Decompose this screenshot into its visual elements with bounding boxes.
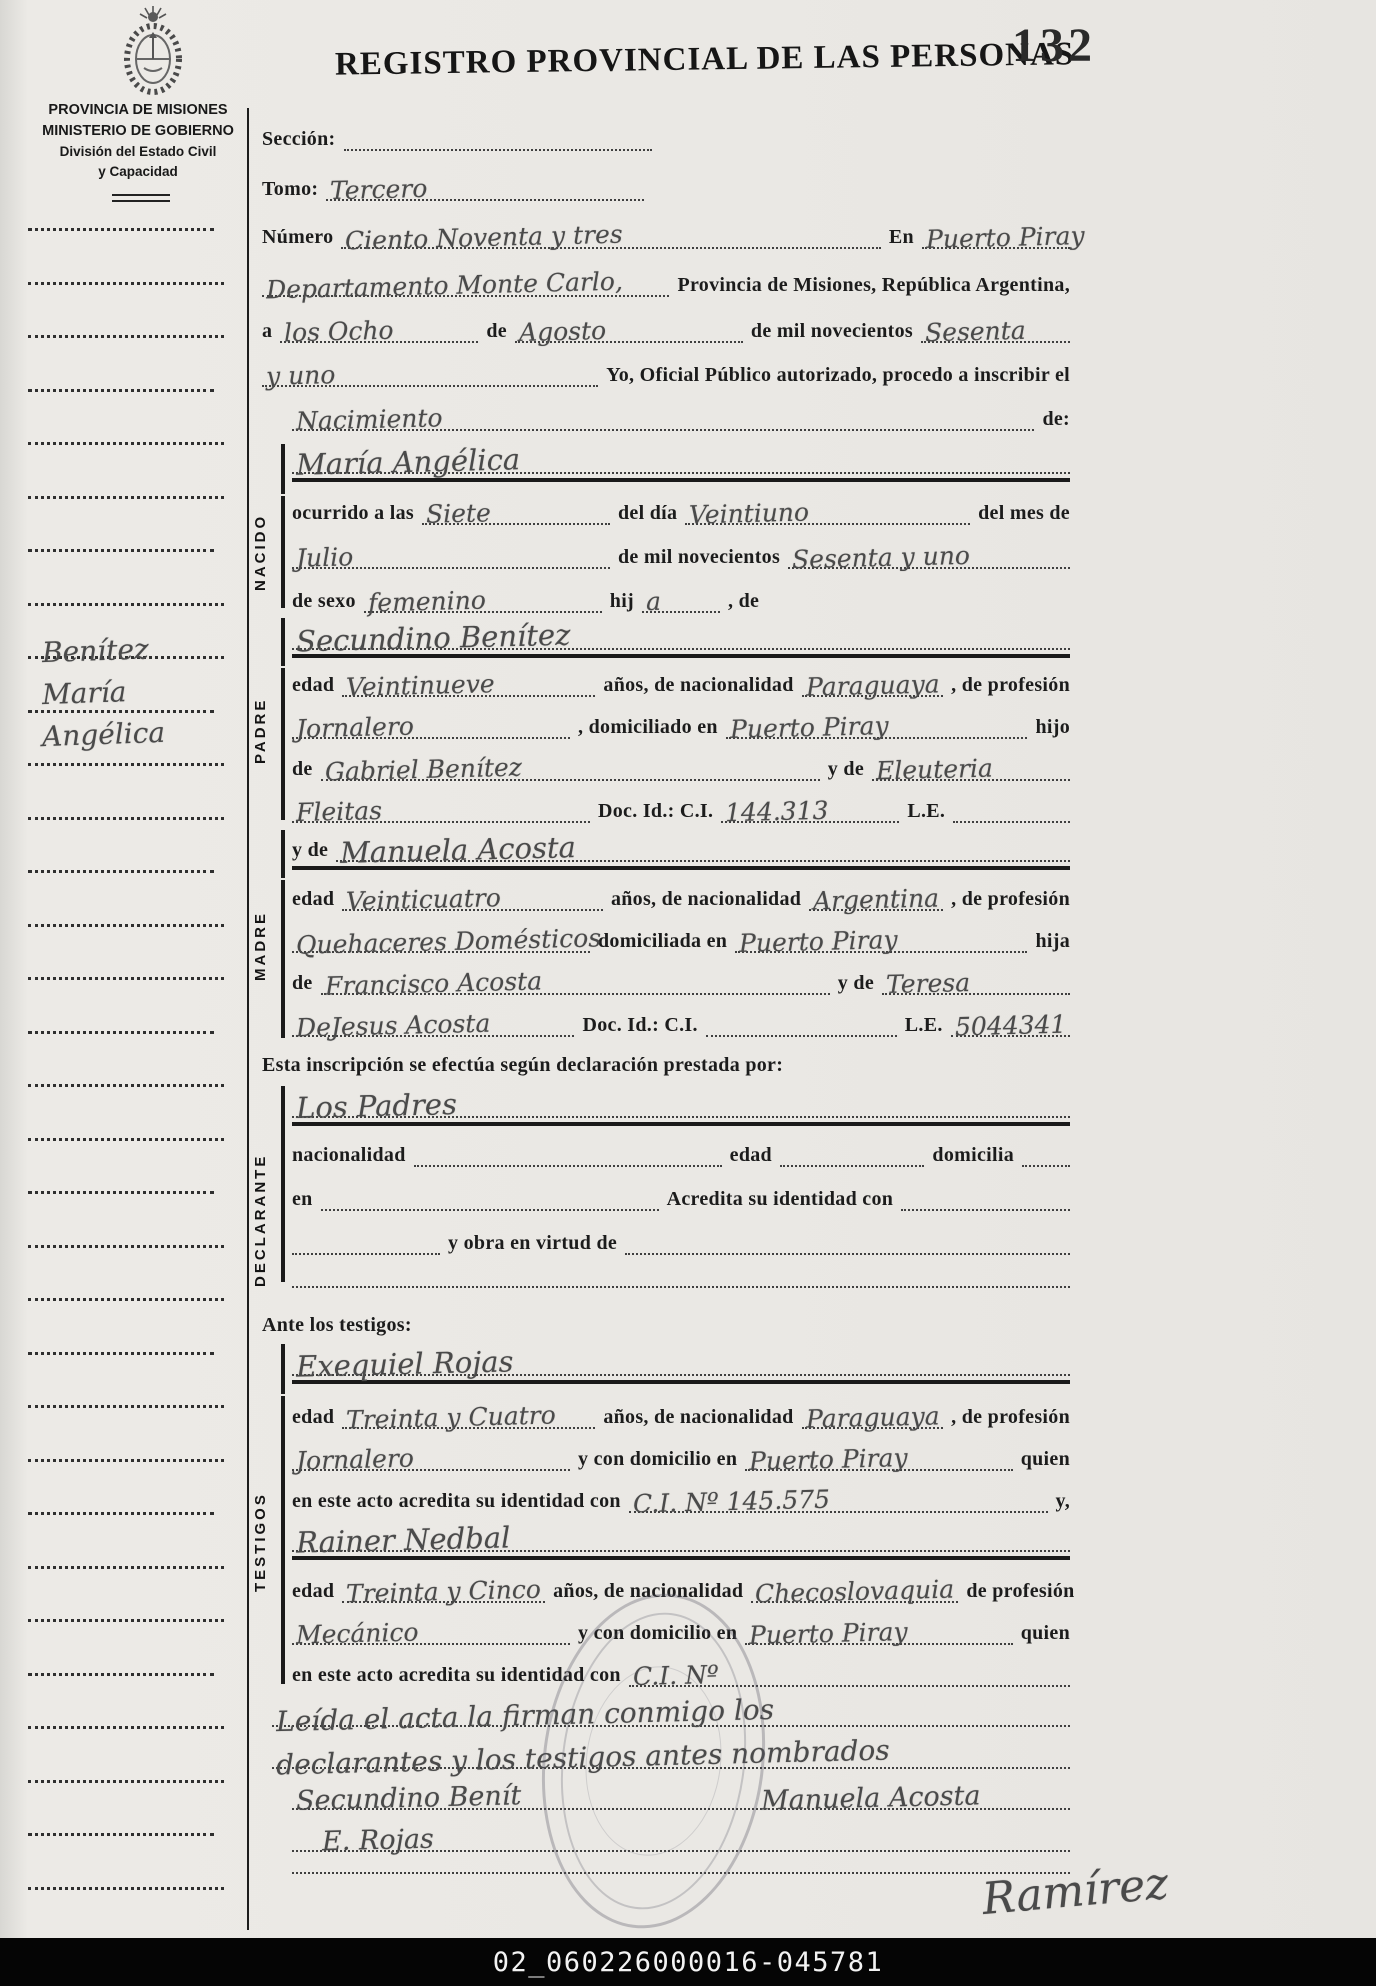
acto-value: Nacimiento [296, 407, 443, 433]
declarante-domicilia-label: domicilia [932, 1144, 1014, 1167]
hij-de-label: , de [728, 590, 759, 613]
testigo1-edad-label: edad [292, 1406, 334, 1429]
abuela-paterna-apellido: Fleitas [296, 800, 382, 825]
declarante-domicilia-field [1022, 1159, 1070, 1167]
anio2-row: y uno Yo, Oficial Público autorizado, pr… [262, 362, 1070, 387]
declarante-row3: y obra en virtud de [292, 1232, 1070, 1255]
margin-dotted-line [28, 1138, 224, 1141]
provincia-label: Provincia de Misiones, República Argenti… [677, 274, 1070, 297]
testigo2-edad-value: Treinta y Cinco [346, 1579, 541, 1606]
testigo2-nombre-field: Rainer Nedbal [292, 1524, 1070, 1552]
anio-value: Sesenta [925, 320, 1026, 345]
testigo2-profesion-field: Mecánico [292, 1620, 570, 1645]
hij-label: hij [610, 590, 634, 613]
scanned-birth-certificate: REGISTRO PROVINCIAL DE LAS PERSONAS 132 … [0, 0, 1376, 1986]
declarante-extra-field [292, 1280, 1070, 1288]
testigo2-domicilio-field: Puerto Piray [745, 1620, 1012, 1645]
nacido-mes-row: Julio de mil novecientos Sesenta y uno [292, 544, 1070, 569]
tomo-row: Tomo: Tercero [262, 176, 1070, 201]
testigo1-edad-field: Treinta y Cuatro [342, 1404, 595, 1429]
testigo2-edad-label: edad [292, 1580, 334, 1603]
testigo1-domicilio-label: y con domicilio en [578, 1448, 737, 1471]
padre-nacionalidad-value: Paraguaya [805, 673, 939, 699]
lugar-value: Puerto Piray [926, 225, 1085, 251]
section-bar [281, 668, 285, 820]
section-label-madre: MADRE [252, 884, 269, 1008]
testigo1-nombre: Exequiel Rojas [296, 1348, 514, 1379]
margin-note-surname: Benítez [42, 636, 166, 665]
testigo1-doc-field: C.I. Nº 145.575 [629, 1488, 1048, 1513]
sexo-field: femenino [364, 588, 602, 613]
declarante-virtud-pre-field [292, 1247, 440, 1255]
a-label: a [262, 320, 272, 343]
signature-padre: Secundino Benít [296, 1784, 522, 1814]
testigo1-y-label: y, [1056, 1490, 1071, 1513]
margin-dotted-line [28, 817, 224, 820]
del-mes-label: del mes de [978, 502, 1070, 525]
tomo-label: Tomo: [262, 178, 318, 201]
padre-nacionalidad-field: Paraguaya [802, 672, 944, 697]
padre-profesion-value: Jornalero [296, 716, 414, 741]
section-bar [281, 880, 285, 1038]
issuing-authority: PROVINCIA DE MISIONES MINISTERIO DE GOBI… [38, 100, 238, 181]
testigo1-anios-label: años, de nacionalidad [603, 1406, 793, 1429]
padre-domicilio-label: , domiciliado en [578, 716, 718, 739]
testigo1-edad-value: Treinta y Cuatro [346, 1404, 556, 1432]
anio2-field: y uno [262, 362, 598, 387]
testigo1-profesion-value: Jornalero [296, 1448, 414, 1473]
abuela-paterna-value: Eleuteria [876, 758, 993, 783]
madre-profesion-field: Quehaceres Domésticos [292, 928, 590, 953]
madre-ci-field [706, 1029, 897, 1037]
mes-field: Agosto [515, 318, 743, 343]
madre-nacionalidad-value: Argentina [813, 887, 939, 913]
madre-profesion-row: Quehaceres Domésticos domiciliada en Pue… [292, 928, 1070, 953]
abuela-materna-apellido: DeJesus Acosta [296, 1013, 491, 1040]
authority-line: y Capacidad [38, 162, 238, 182]
authority-underline [112, 194, 170, 202]
hija-label: hija [1035, 930, 1070, 953]
numero-value: Ciento Noventa y tres [345, 224, 623, 253]
testigo1-doc-row: en este acto acredita su identidad con C… [292, 1488, 1070, 1513]
margin-dotted-line [28, 977, 224, 980]
madre-de-label: de [292, 972, 313, 995]
declarante-acredita-field [901, 1203, 1070, 1211]
madre-doc-label: Doc. Id.: C.I. [582, 1014, 697, 1037]
margin-dotted-line [28, 1191, 214, 1194]
margin-dotted-line [28, 1405, 224, 1408]
testigo1-domicilio-value: Puerto Piray [749, 1447, 908, 1473]
padre-ci-field: 144.313 [721, 798, 899, 823]
padre-doc-label: Doc. Id.: C.I. [598, 800, 713, 823]
hij-value: a [646, 591, 661, 614]
margin-dotted-line [28, 496, 224, 499]
margin-dotted-line [28, 1833, 214, 1836]
testigo1-quien-label: quien [1021, 1448, 1070, 1471]
hijo-label: hijo [1035, 716, 1070, 739]
anio2-value: y uno [266, 364, 336, 388]
hora-field: Siete [422, 500, 610, 525]
testigo1-profesion-row: Jornalero y con domicilio en Puerto Pira… [292, 1446, 1070, 1471]
inscripto-nombre: María Angélica [296, 446, 521, 478]
tomo-value: Tercero [330, 178, 428, 203]
margin-note: Benítez María Angélica [42, 638, 165, 765]
padre-edad-label: edad [292, 674, 334, 697]
madre-profesion-value: Quehaceres Domésticos [296, 927, 602, 957]
madre-nacionalidad-field: Argentina [809, 886, 943, 911]
anio-nac-field: Sesenta y uno [788, 544, 1070, 569]
margin-note-name2: Angélica [42, 720, 166, 749]
lugar-field: Puerto Piray [922, 224, 1070, 249]
madre-edad-field: Veinticuatro [342, 886, 603, 911]
testigo2-nacionalidad-value: Checoslovaquia [755, 1579, 954, 1606]
margin-dotted-line [28, 1726, 224, 1729]
anio-nac-value: Sesenta y uno [792, 545, 970, 572]
padre-edad-value: Veintinueve [346, 673, 495, 699]
declarante-valor-field: Los Padres [292, 1090, 1070, 1118]
testigo2-edad-field: Treinta y Cinco [342, 1578, 545, 1603]
madre-doc-row: DeJesus Acosta Doc. Id.: C.I. L.E. 50443… [292, 1012, 1070, 1037]
archive-code: 02_060226000016-045781 [493, 1947, 884, 1978]
madre-nombre-row: y de Manuela Acosta [292, 834, 1070, 870]
padre-ci-value: 144.313 [725, 800, 829, 825]
padre-profesion-row: Jornalero , domiciliado en Puerto Piray … [292, 714, 1070, 739]
margin-dotted-line [28, 549, 214, 552]
madre-le-field: 5044341 [951, 1012, 1070, 1037]
testigo1-profesion-label: , de profesión [951, 1406, 1070, 1429]
seccion-label: Sección: [262, 128, 336, 151]
testigos-intro-label: Ante los testigos: [262, 1314, 412, 1337]
declarante-nacionalidad-label: nacionalidad [292, 1144, 406, 1167]
numero-label: Número [262, 226, 333, 249]
margin-dotted-line [28, 1780, 224, 1783]
testigo1-nacionalidad-field: Paraguaya [802, 1404, 944, 1429]
dia-field: los Ocho [280, 318, 478, 343]
section-bar [281, 444, 285, 494]
section-bar [281, 1344, 285, 1394]
section-bar [281, 1086, 285, 1134]
padre-domicilio-field: Puerto Piray [726, 714, 1028, 739]
abuelo-materno-value: Francisco Acosta [324, 970, 542, 998]
testigo1-edad-row: edad Treinta y Cuatro años, de nacionali… [292, 1404, 1070, 1429]
en-label: En [889, 226, 914, 249]
anio-field: Sesenta [921, 318, 1070, 343]
abuela-materna-apellido-field: DeJesus Acosta [292, 1012, 574, 1037]
sexo-value: femenino [368, 590, 486, 615]
madre-domicilio-field: Puerto Piray [735, 928, 1027, 953]
madre-anios-label: años, de nacionalidad [611, 888, 801, 911]
margin-dotted-line [28, 924, 224, 927]
testigo1-profesion-field: Jornalero [292, 1446, 570, 1471]
margin-note-lines [28, 228, 228, 1940]
testigo2-nombre-row: Rainer Nedbal [292, 1524, 1070, 1560]
padre-domicilio-value: Puerto Piray [730, 715, 889, 741]
madre-edad-label: edad [292, 888, 334, 911]
acto-row: Nacimiento de: [292, 406, 1070, 431]
margin-dotted-line [28, 282, 224, 285]
novecientos-label: de mil novecientos [751, 320, 913, 343]
inscripto-nombre-field: María Angélica [292, 446, 1070, 474]
page-number: 132 [1012, 18, 1096, 73]
signature-madre: Manuela Acosta [760, 1784, 980, 1814]
section-bar [281, 496, 285, 608]
seccion-row: Sección: [262, 128, 1070, 151]
declarante-valor: Los Padres [296, 1091, 457, 1121]
tomo-field: Tercero [326, 176, 644, 201]
margin-dotted-line [28, 1887, 224, 1890]
padre-y-de-label: y de [828, 758, 864, 781]
nacido-hora-row: ocurrido a las Siete del día Veintiuno d… [292, 500, 1070, 525]
margin-dotted-line [28, 1352, 214, 1355]
margin-dotted-line [28, 442, 224, 445]
madre-nombre-field: Manuela Acosta [336, 834, 1070, 862]
testigo2-profesion-value: Mecánico [296, 1622, 419, 1647]
madre-y-de-label: y de [292, 839, 328, 862]
section-bar [281, 1134, 285, 1282]
mes-nac-value: Julio [296, 546, 354, 570]
departamento-row: Departamento Monte Carlo, Provincia de M… [262, 272, 1070, 297]
padre-profesion-field: Jornalero [292, 714, 570, 739]
testigo2-domicilio-value: Puerto Piray [749, 1621, 908, 1647]
testigo2-nombre: Rainer Nedbal [296, 1524, 511, 1555]
madre-domicilio-label: domiciliada en [598, 930, 727, 953]
testigo1-domicilio-field: Puerto Piray [745, 1446, 1012, 1471]
margin-note-name1: María [42, 678, 166, 707]
section-bar [281, 1396, 285, 1684]
padre-le-label: L.E. [907, 800, 945, 823]
margin-divider [247, 108, 249, 1930]
padre-abuelo-row: de Gabriel Benítez y de Eleuteria [292, 756, 1070, 781]
abuela-paterna-apellido-field: Fleitas [292, 798, 590, 823]
padre-nombre: Secundino Benítez [296, 622, 571, 655]
declarante-nacionalidad-field [414, 1159, 722, 1167]
margin-dotted-line [28, 1245, 224, 1248]
declarante-valor-row: Los Padres [292, 1090, 1070, 1126]
novecientos-nac-label: de mil novecientos [618, 546, 780, 569]
margin-dotted-line [28, 389, 214, 392]
section-label-nacido: NACIDO [252, 496, 269, 608]
signature-oficial: Ramírez [981, 1864, 1170, 1920]
testigo2-profesion-label: de profesión [966, 1580, 1074, 1603]
signature-testigo: E. Rojas [322, 1828, 434, 1855]
padre-profesion-label: , de profesión [951, 674, 1070, 697]
testigos-intro-row: Ante los testigos: [262, 1314, 1070, 1337]
madre-abuelo-row: de Francisco Acosta y de Teresa [292, 970, 1070, 995]
fecha-row: a los Ocho de Agosto de mil novecientos … [262, 318, 1070, 343]
authority-line: MINISTERIO DE GOBIERNO [38, 121, 238, 142]
testigo1-nacionalidad-value: Paraguaya [805, 1405, 939, 1431]
de-colon-label: de: [1042, 408, 1070, 431]
ocurrido-label: ocurrido a las [292, 502, 414, 525]
abuela-materna-field: Teresa [882, 970, 1070, 995]
madre-domicilio-value: Puerto Piray [739, 929, 898, 955]
margin-dotted-line [28, 1459, 224, 1462]
oficial-label: Yo, Oficial Público autorizado, procedo … [606, 364, 1070, 387]
padre-de-label: de [292, 758, 313, 781]
margin-dotted-line [28, 603, 224, 606]
authority-line: PROVINCIA DE MISIONES [38, 100, 238, 121]
madre-nombre: Manuela Acosta [340, 834, 576, 866]
declarante-edad-field [780, 1159, 924, 1167]
abuelo-materno-field: Francisco Acosta [321, 970, 830, 995]
hora-value: Siete [426, 502, 491, 526]
numero-row: Número Ciento Noventa y tres En Puerto P… [262, 224, 1070, 249]
declaracion-intro-row: Esta inscripción se efectúa según declar… [262, 1054, 1070, 1077]
margin-dotted-line [28, 1298, 224, 1301]
madre-profesion-label: , de profesión [951, 888, 1070, 911]
declarante-virtud-label: y obra en virtud de [448, 1232, 617, 1255]
section-bar [281, 618, 285, 666]
coat-of-arms-icon [116, 4, 190, 98]
dia-nac-value: Veintiuno [689, 502, 809, 527]
testigo1-nombre-field: Exequiel Rojas [292, 1348, 1070, 1376]
padre-doc-row: Fleitas Doc. Id.: C.I. 144.313 L.E. [292, 798, 1070, 823]
padre-nombre-row: Secundino Benítez [292, 622, 1070, 658]
mes-nac-field: Julio [292, 544, 610, 569]
madre-le-label: L.E. [905, 1014, 943, 1037]
seccion-field [344, 143, 652, 151]
section-bar [281, 830, 285, 878]
padre-anios-label: años, de nacionalidad [603, 674, 793, 697]
abuelo-paterno-field: Gabriel Benítez [321, 756, 820, 781]
departamento-field: Departamento Monte Carlo, [262, 272, 669, 297]
testigo1-doc-value: C.I. Nº 145.575 [633, 1489, 830, 1516]
de-label: de [486, 320, 507, 343]
dia-nac-field: Veintiuno [685, 500, 970, 525]
page-title: REGISTRO PROVINCIAL DE LAS PERSONAS [335, 37, 995, 83]
margin-dotted-line [28, 1566, 224, 1569]
testigo1-acredita-label: en este acto acredita su identidad con [292, 1490, 621, 1513]
padre-le-field [953, 815, 1070, 823]
inscripto-nombre-row: María Angélica [292, 446, 1070, 482]
authority-line: División del Estado Civil [38, 142, 238, 162]
padre-edad-row: edad Veintinueve años, de nacionalidad P… [292, 672, 1070, 697]
sexo-row: de sexo femenino hij a , de [292, 588, 1070, 613]
declarante-row2: en Acredita su identidad con [292, 1188, 1070, 1211]
declarante-acredita-label: Acredita su identidad con [667, 1188, 894, 1211]
section-label-padre: PADRE [252, 672, 269, 790]
archive-code-bar: 02_060226000016-045781 [0, 1938, 1376, 1986]
declarante-row1: nacionalidad edad domicilia [292, 1144, 1070, 1167]
declarante-edad-label: edad [730, 1144, 772, 1167]
margin-dotted-line [28, 1084, 224, 1087]
testigo2-quien-label: quien [1021, 1622, 1070, 1645]
departamento-value: Departamento Monte Carlo, [266, 271, 623, 302]
sexo-label: de sexo [292, 590, 356, 613]
margin-dotted-line [28, 1031, 214, 1034]
dia-value: los Ocho [284, 320, 394, 345]
padre-edad-field: Veintinueve [342, 672, 595, 697]
section-label-declarante: DECLARANTE [252, 1134, 269, 1306]
madre-edad-row: edad Veinticuatro años, de nacionalidad … [292, 886, 1070, 911]
abuela-materna-value: Teresa [886, 972, 971, 997]
declarante-en-field [321, 1203, 659, 1211]
testigo1-nombre-row: Exequiel Rojas [292, 1348, 1070, 1384]
del-dia-label: del día [618, 502, 677, 525]
hij-field: a [642, 588, 720, 613]
declaracion-intro-label: Esta inscripción se efectúa según declar… [262, 1054, 783, 1077]
numero-field: Ciento Noventa y tres [341, 224, 881, 249]
margin-dotted-line [28, 1619, 224, 1622]
testigo2-nacionalidad-field: Checoslovaquia [751, 1578, 958, 1603]
madre-y-de-label2: y de [838, 972, 874, 995]
margin-dotted-line [28, 335, 224, 338]
mes-value: Agosto [519, 320, 607, 345]
madre-le-value: 5044341 [954, 1014, 1066, 1039]
abuela-paterna-field: Eleuteria [872, 756, 1070, 781]
margin-dotted-line [28, 1512, 214, 1515]
abuelo-paterno-value: Gabriel Benítez [324, 757, 521, 784]
declarante-row4 [292, 1280, 1070, 1288]
declarante-en-label: en [292, 1188, 313, 1211]
margin-dotted-line [28, 1673, 214, 1676]
margin-dotted-line [28, 228, 214, 231]
acto-field: Nacimiento [292, 406, 1034, 431]
section-label-testigos: TESTIGOS [252, 1462, 269, 1622]
padre-nombre-field: Secundino Benítez [292, 622, 1070, 650]
margin-dotted-line [28, 870, 214, 873]
declarante-virtud-field [625, 1247, 1070, 1255]
madre-edad-value: Veinticuatro [346, 887, 501, 913]
